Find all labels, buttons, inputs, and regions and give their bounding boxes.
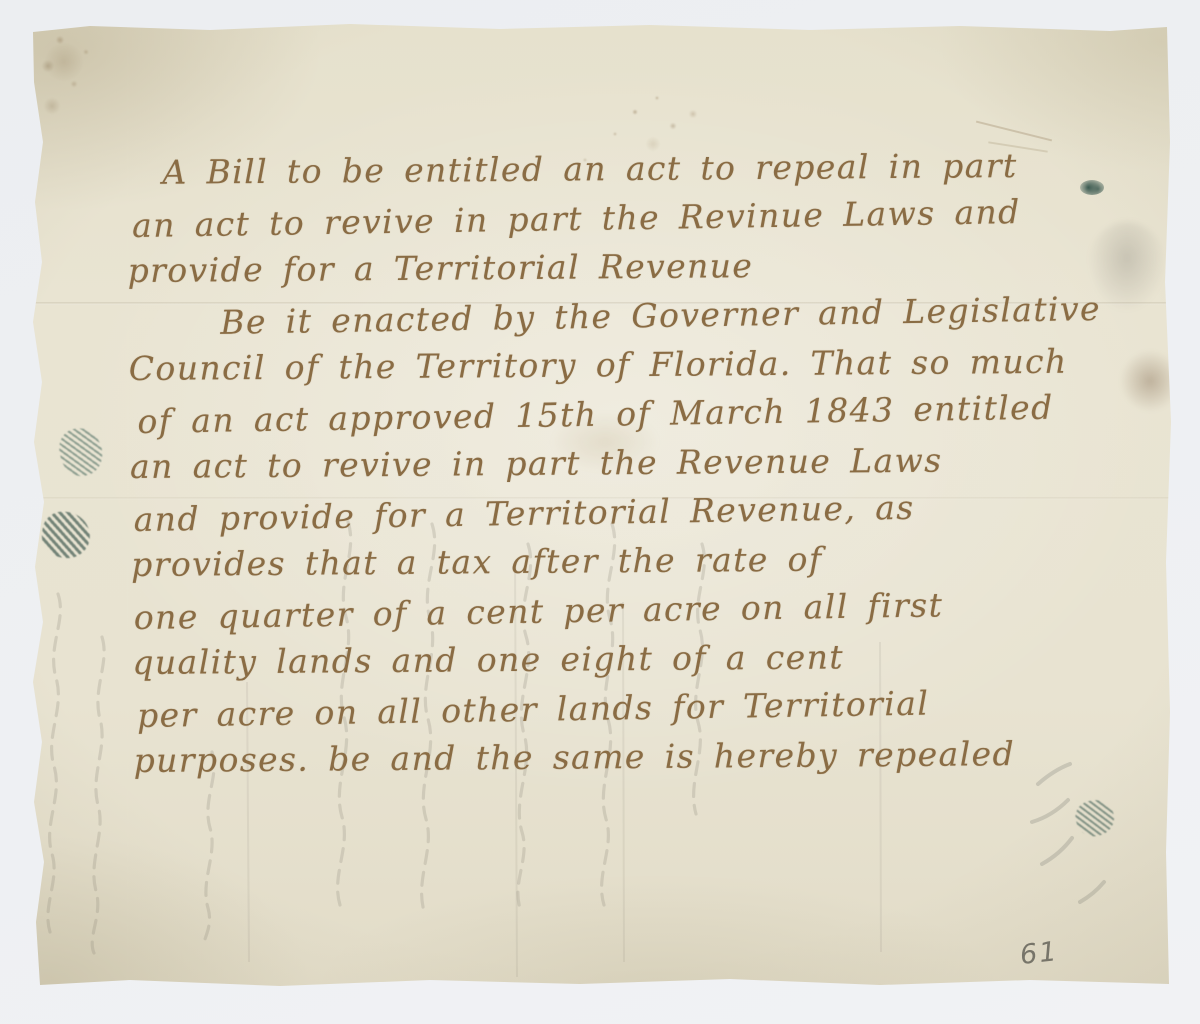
manuscript-text: A Bill to be entitled an act to repeal i… [126, 138, 1164, 788]
manuscript-line: purposes. be and the same is hereby repe… [133, 728, 1163, 785]
page-number-annotation: 61 [1018, 936, 1059, 971]
corner-foxing-stain [30, 22, 160, 152]
teal-ink-blot [1071, 795, 1118, 841]
teal-ink-smudge [39, 509, 93, 561]
teal-ink-smudge [55, 424, 106, 480]
manuscript-page: A Bill to be entitled an act to repeal i… [30, 22, 1172, 990]
scan-backdrop: A Bill to be entitled an act to repeal i… [0, 0, 1200, 1024]
